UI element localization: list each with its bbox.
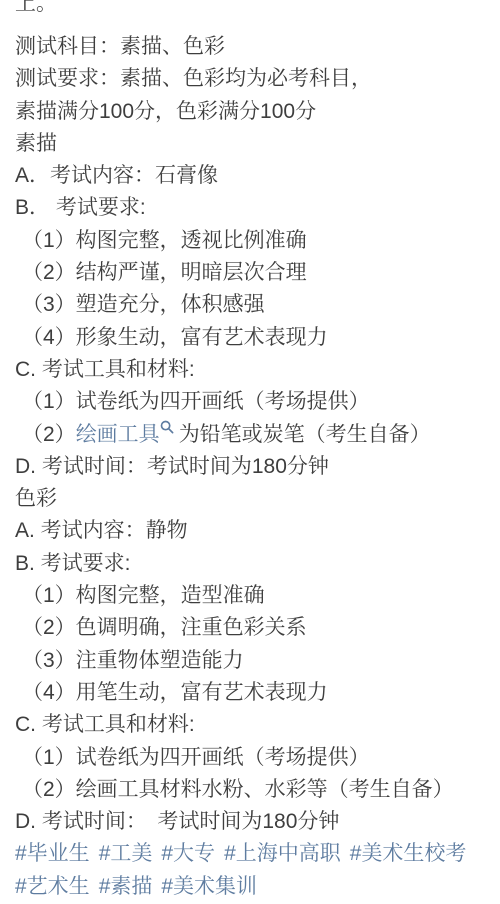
list-item-4b: （4）用笔生动，富有艺术表现力 (22, 677, 488, 709)
list-item-3: （3）塑造充分，体积感强 (22, 289, 488, 321)
clipped-text: 上。 (15, 0, 57, 20)
hashtag-line-2: #艺术生#素描#美术集训 (15, 871, 488, 903)
text-line-scores: 素描满分100分，色彩满分100分 (15, 96, 488, 128)
hashtag-link-art-students[interactable]: #艺术生 (15, 875, 90, 898)
list-item-4: （4）形象生动，富有艺术表现力 (22, 322, 488, 354)
list-item-tools-2: （2）绘画工具材料水粉、水彩等（考生自备） (22, 774, 488, 806)
list-item-paper-2: （1）试卷纸为四开画纸（考场提供） (22, 742, 488, 774)
list-item-3b: （3）注重物体塑造能力 (22, 645, 488, 677)
text-line-d-time: D. 考试时间：考试时间为180分钟 (15, 451, 488, 483)
list-item-2b: （2）色调明确，注重色彩关系 (22, 612, 488, 644)
text-line-d-time-2: D. 考试时间： 考试时间为180分钟 (15, 806, 488, 838)
hashtag-link-graduates[interactable]: #毕业生 (15, 842, 90, 865)
tool-line-suffix: 为铅笔或炭笔（考生自备） (179, 423, 431, 446)
hashtag-link-arts-crafts[interactable]: #工美 (99, 842, 153, 865)
drawing-tools-link[interactable]: 绘画工具 (76, 423, 160, 446)
item-number: （2） (22, 423, 76, 446)
list-item-paper: （1）试卷纸为四开画纸（考场提供） (22, 386, 488, 418)
hashtag-link-sketch[interactable]: #素描 (99, 875, 153, 898)
hashtag-link-college[interactable]: #大专 (161, 842, 215, 865)
hashtag-line-1: #毕业生#工美#大专#上海中高职#美术生校考 (15, 838, 488, 870)
text-line-b-requirements: B． 考试要求: (15, 192, 488, 224)
text-line-subjects: 测试科目：素描、色彩 (15, 31, 488, 63)
hashtag-link-shanghai-vocational[interactable]: #上海中高职 (224, 842, 341, 865)
text-line-a-content-2: A. 考试内容：静物 (15, 515, 488, 547)
section-title-sketch: 素描 (15, 128, 488, 160)
hashtag-link-art-school-exam[interactable]: #美术生校考 (350, 842, 467, 865)
post-body: 上。 测试科目：素描、色彩 测试要求：素描、色彩均为必考科目， 素描满分100分… (0, 0, 500, 904)
clipped-text-line: 上。 (15, 0, 488, 31)
text-line-c-tools-2: C. 考试工具和材料: (15, 709, 488, 741)
tool-link-line: （2）绘画工具为铅笔或炭笔（考生自备） (22, 419, 488, 451)
section-title-color: 色彩 (15, 483, 488, 515)
search-icon[interactable] (160, 420, 174, 434)
text-line-requirements: 测试要求：素描、色彩均为必考科目， (15, 63, 488, 95)
text-line-c-tools: C. 考试工具和材料: (15, 354, 488, 386)
text-line-a-content: A．考试内容：石膏像 (15, 160, 488, 192)
hashtag-link-art-training[interactable]: #美术集训 (161, 875, 257, 898)
list-item-2: （2）结构严谨，明暗层次合理 (22, 257, 488, 289)
list-item-1b: （1）构图完整，造型准确 (22, 580, 488, 612)
list-item-1: （1）构图完整，透视比例准确 (22, 225, 488, 257)
text-line-b-requirements-2: B. 考试要求: (15, 548, 488, 580)
